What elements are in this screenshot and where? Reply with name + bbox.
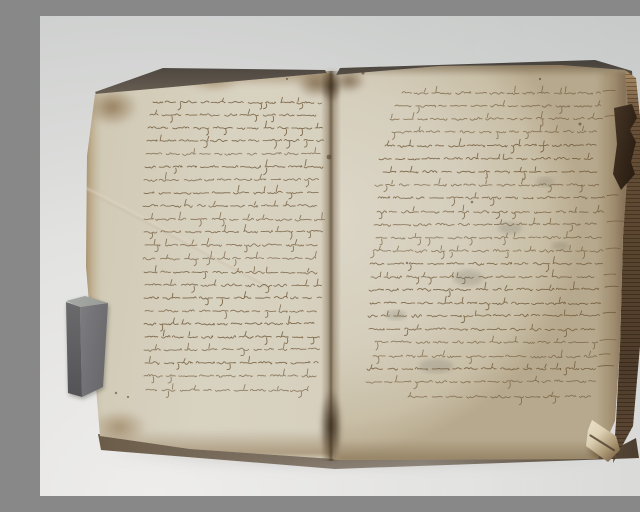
manuscript-photo: An early-modern manuscript volume lying … [40, 16, 640, 496]
metal-weight [62, 294, 112, 404]
curled-corner-shadow-line [589, 434, 616, 452]
gutter-bottom-shadow [319, 389, 343, 463]
right-page-bottom-stain-strip [338, 440, 610, 462]
left-page-fold-crease [83, 186, 272, 288]
left-page-top-left-stain [86, 88, 138, 126]
gutter [321, 71, 341, 461]
gutter-top-shadow [320, 69, 342, 103]
